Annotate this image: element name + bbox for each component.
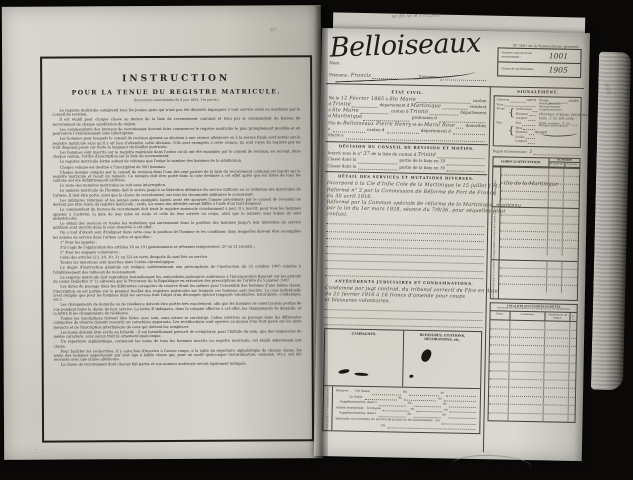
instruction-subtitle: POUR LA TENUE DU REGISTRE MATRICULE. — [42, 88, 310, 96]
instruction-paragraph: On a tout d'abord soin d'indiquer dans c… — [53, 230, 301, 240]
instruction-paragraph: Les changements de domicile ou de réside… — [53, 302, 301, 316]
prenoms-value: Francis — [351, 73, 372, 80]
instruction-paragraph: Un répertoire alphabétique, contenant le… — [54, 339, 302, 349]
instruction-paragraph: Les noms doivent être écrits en bâtarde … — [54, 329, 302, 339]
book-page-edges — [591, 52, 631, 391]
degre-value: 1 — [529, 149, 532, 155]
instruction-frame: INSTRUCTION POUR LA TENUE DU REGISTRE MA… — [40, 55, 314, 442]
classe-value: 1905 — [539, 65, 577, 75]
periodes-section: PÉRIODES D'EXERCICES Réserve . . 1re lia… — [322, 386, 481, 434]
campagnes-box: CAMPAGNES. BLESSURES, CITATIONS, DÉCORAT… — [323, 328, 482, 389]
instruction-title: INSTRUCTION — [42, 73, 310, 84]
marques-scribble — [540, 130, 576, 138]
brace-glyph: { — [508, 109, 515, 119]
instruction-paragraph: Le registre matricule doit reproduire te… — [53, 274, 301, 284]
instruction-paragraph: Les hommes pour lesquels le conseil de r… — [52, 136, 300, 150]
cheveux-value: noirs — [526, 98, 536, 103]
localites-table: LOCALITÉS SUCCESSIVES HABITÉES PAR SUITE… — [487, 302, 577, 422]
corps-row — [500, 248, 578, 256]
campagnes-column: CAMPAGNES. — [324, 329, 403, 386]
etat-civil-lines: Né le 12 Février 1885 à Ste Marie canton… — [328, 95, 487, 142]
instruction-paragraph: Toutes les inscriptions doivent être fai… — [53, 315, 301, 329]
instruction-paragraph: Il est établi pour chaque classe au moye… — [52, 117, 300, 127]
front-group: Front { Inclinaison Hauteur Largeur — [496, 107, 536, 122]
instruction-paragraph: Les commandants des bureaux de recruteme… — [52, 126, 300, 136]
signalement-left: Cheveuxnoirs Yeux Front { Inclinaison Ha… — [496, 97, 536, 144]
left-page: 67 INSTRUCTION POUR LA TENUE DU REGISTRE… — [2, 5, 323, 460]
nez-group: Nez { Dos Base Hauteurmoyen Saillie Larg… — [496, 120, 536, 144]
antecedents-lines: Condamné par jugt contrad. du tribunal c… — [325, 285, 483, 306]
pencil-corner-number: 67 — [270, 27, 277, 34]
corps-group-territoriale: Armée territoriale et sa réserve. — [491, 260, 578, 300]
corps-row — [501, 200, 579, 208]
pencil-scribble: ~ ·, ·· ,· — [34, 447, 49, 452]
signalement-title: SIGNALEMENT. — [494, 89, 582, 95]
instruction-paragraph: Les militaires réformés et les jeunes ge… — [53, 197, 301, 207]
instruction-paragraph: Les hommes sont inscrits sur le registre… — [53, 149, 301, 159]
localites-row — [489, 413, 575, 422]
scanned-register-photo: 67 INSTRUCTION POUR LA TENUE DU REGISTRE… — [0, 0, 633, 480]
instruction-paragraph: La classe de recrutement dont chacun fai… — [54, 362, 302, 368]
visage-value: ovale — [568, 99, 578, 104]
instruction-paragraph: Le numéro matricule de l'homme doit le s… — [53, 188, 301, 198]
instruction-paragraph: Le détail des services et toutes les mut… — [53, 220, 301, 230]
corps-affectation-table: CORPS D'AFFECTATION. NUMÉROS de matricul… — [490, 156, 581, 301]
instruction-body: Le registre matricule comprend tous les … — [42, 107, 311, 367]
id-boxes: Numéro matricule du recrutement : 1001 C… — [497, 47, 582, 78]
instruction-paragraph: Les dates de passage dans les différente… — [53, 284, 301, 303]
corps-rows: Cie de la Martinique — [501, 168, 580, 208]
ink-blot — [354, 372, 368, 376]
classe-box: Classe de mobilisation : 1905 — [498, 61, 580, 77]
corps-row — [499, 285, 577, 293]
page-gutter-shadow — [314, 6, 328, 458]
matricule-value: 1001 — [539, 51, 577, 61]
instruction-paragraph: Le degré d'instruction générale est indi… — [53, 265, 301, 275]
localites-rows — [489, 321, 577, 422]
brace-glyph: { — [508, 127, 515, 137]
ink-blot — [419, 348, 432, 363]
form-left-column: ÉTAT CIVIL. Né le 12 Février 1885 à Ste … — [322, 86, 487, 434]
antecedents-blank-rules — [324, 303, 482, 328]
form-right-column: SIGNALEMENT. Cheveuxnoirs Yeux Front { I… — [487, 89, 581, 423]
signalement-right: Visageovale Renseignements physionomique… — [538, 98, 578, 145]
periodes-rows: Réserve . . 1re liasse du au 2e liasse d… — [332, 386, 480, 433]
services-blank-rules — [325, 217, 484, 279]
right-page-form: N° 3901 de la Nomenclature générale. Nom… — [314, 28, 590, 461]
numeros-header: NUMÉROS de matricule. de la liste. — [548, 158, 579, 167]
decision-lines: Inscrit sous le n° 37 de la liste du can… — [327, 150, 485, 172]
services-lines: Incorporé à la Cie d'Infie Cole de la Ma… — [326, 181, 485, 221]
instruction-paragraph: Le registre matricule comprend tous les … — [52, 107, 300, 117]
ink-blot — [409, 375, 413, 378]
corps-group-reserve: En disponibilité et réserve de l'armée a… — [492, 207, 579, 262]
blessures-column: BLESSURES, CITATIONS, DÉCORATIONS, etc. — [402, 331, 482, 388]
instruction-paragraph: Pour faciliter les recherches, il y aura… — [54, 348, 302, 362]
degre-instruction-row: Degré d'instruction : 1 — [493, 148, 581, 156]
surname-signature: Belloiseaux — [329, 29, 500, 62]
instruction-paragraph: Le commandant du bureau de recrutement d… — [53, 207, 301, 221]
ink-blot — [338, 369, 349, 374]
instruction-note: (Instruction ministérielle du 6 juin 189… — [42, 97, 310, 102]
signalement-box: Cheveuxnoirs Yeux Front { Inclinaison Ha… — [493, 95, 582, 148]
instruction-paragraph: Chaque homme compris par le conseil de r… — [53, 169, 301, 183]
corps-group-active: Armée active. Cie de la Martinique — [493, 167, 580, 209]
